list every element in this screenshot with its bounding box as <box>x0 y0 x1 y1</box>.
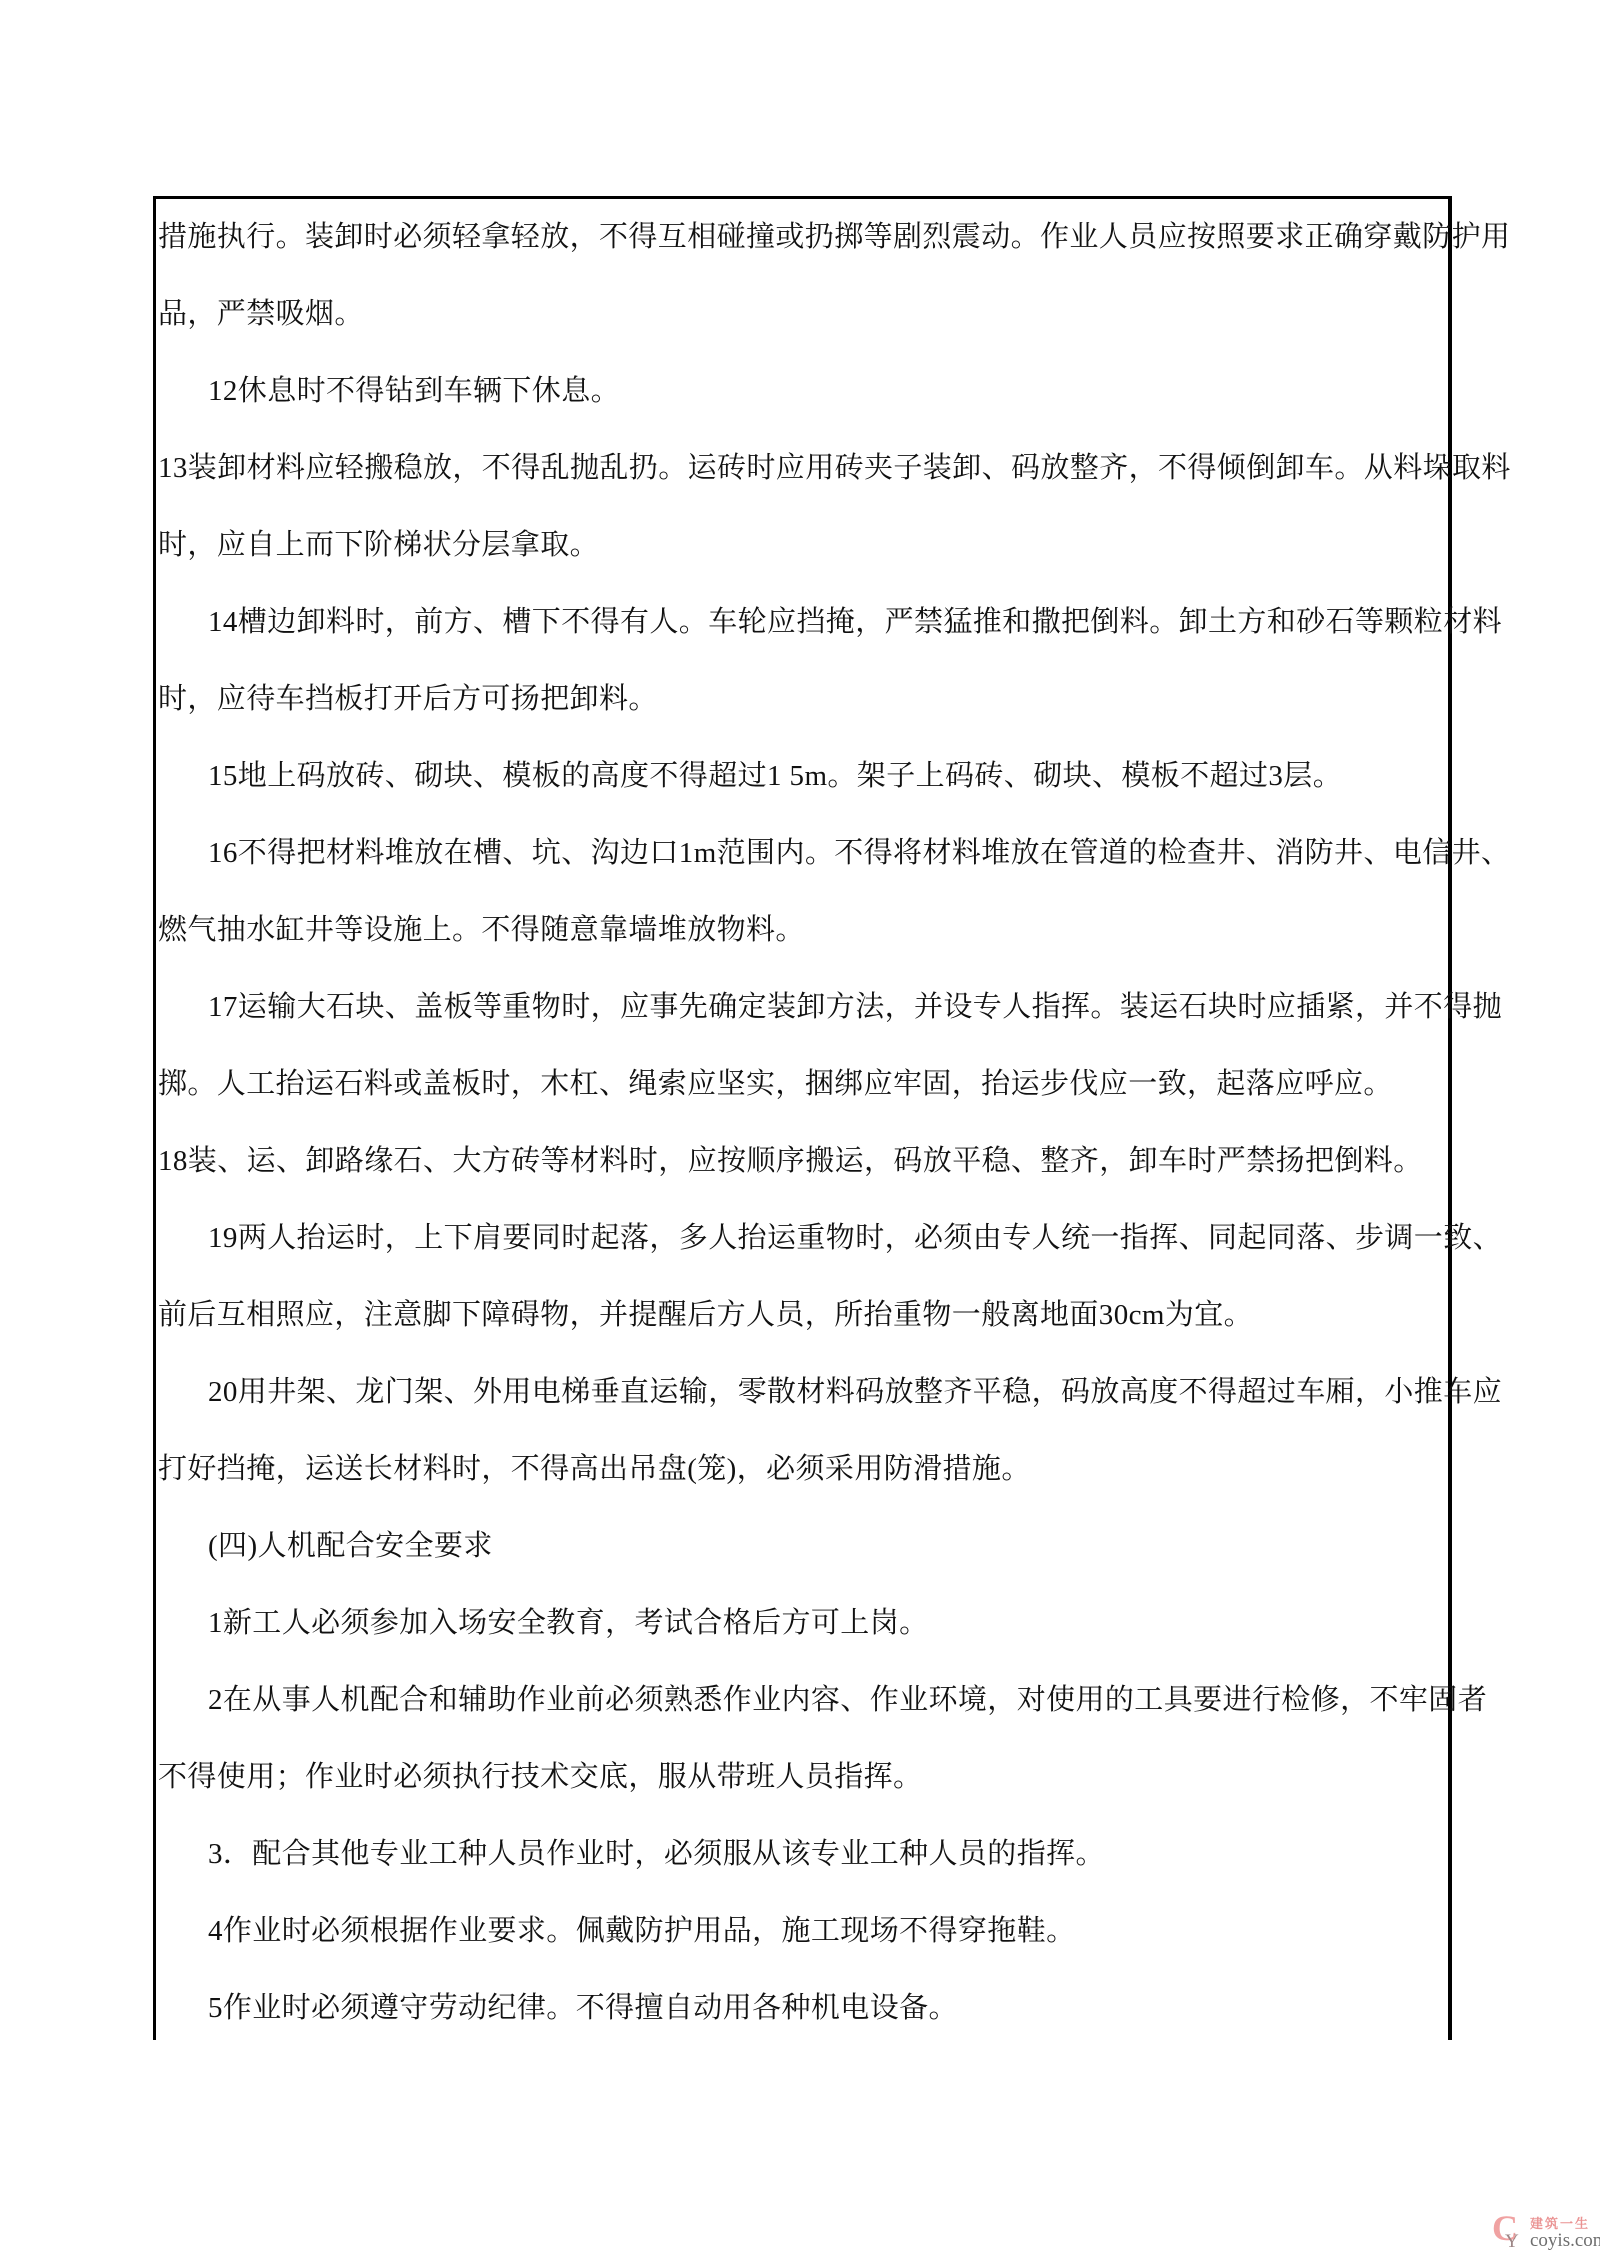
watermark-brand-cn: 建筑一生 <box>1530 2217 1600 2231</box>
text-line: 4作业时必须根据作业要求。佩戴防护用品，施工现场不得穿拖鞋。 <box>156 1893 1448 1970</box>
text-line: 掷。人工抬运石料或盖板时，木杠、绳索应坚实，捆绑应牢固，抬运步伐应一致，起落应呼… <box>156 1046 1448 1123</box>
text-line: 13装卸材料应轻搬稳放，不得乱抛乱扔。运砖时应用砖夹子装卸、码放整齐，不得倾倒卸… <box>156 430 1448 507</box>
text-line: 前后互相照应，注意脚下障碍物，并提醒后方人员，所抬重物一般离地面30cm为宜。 <box>156 1277 1448 1354</box>
document-page: 措施执行。装卸时必须轻拿轻放，不得互相碰撞或扔掷等剧烈震动。作业人员应按照要求正… <box>0 0 1600 2262</box>
text-line: 17运输大石块、盖板等重物时，应事先确定装卸方法，并设专人指挥。装运石块时应插紧… <box>156 969 1448 1046</box>
text-line: 5作业时必须遵守劳动纪律。不得擅自动用各种机电设备。 <box>156 1970 1448 2047</box>
text-line: 19两人抬运时，上下肩要同时起落，多人抬运重物时，必须由专人统一指挥、同起同落、… <box>156 1200 1448 1277</box>
coyis-logo-icon: C Y <box>1492 2216 1526 2256</box>
text-line: (四)人机配合安全要求 <box>156 1508 1448 1585</box>
document-table-cell: 措施执行。装卸时必须轻拿轻放，不得互相碰撞或扔掷等剧烈震动。作业人员应按照要求正… <box>153 196 1452 2040</box>
text-line: 时，应自上而下阶梯状分层拿取。 <box>156 507 1448 584</box>
text-line: 14槽边卸料时，前方、槽下不得有人。车轮应挡掩，严禁猛推和撒把倒料。卸土方和砂石… <box>156 584 1448 661</box>
watermark: C Y 建筑一生 coyis.com <box>1492 2216 1600 2258</box>
text-line: 2在从事人机配合和辅助作业前必须熟悉作业内容、作业环境，对使用的工具要进行检修，… <box>156 1662 1448 1739</box>
text-line: 打好挡掩，运送长材料时，不得高出吊盘(笼)，必须采用防滑措施。 <box>156 1431 1448 1508</box>
document-text-block: 措施执行。装卸时必须轻拿轻放，不得互相碰撞或扔掷等剧烈震动。作业人员应按照要求正… <box>156 199 1448 2047</box>
text-line: 1新工人必须参加入场安全教育，考试合格后方可上岗。 <box>156 1585 1448 1662</box>
text-line: 时，应待车挡板打开后方可扬把卸料。 <box>156 661 1448 738</box>
text-line: 3．配合其他专业工种人员作业时，必须服从该专业工种人员的指挥。 <box>156 1816 1448 1893</box>
watermark-text: 建筑一生 coyis.com <box>1530 2217 1600 2251</box>
text-line: 20用井架、龙门架、外用电梯垂直运输，零散材料码放整齐平稳，码放高度不得超过车厢… <box>156 1354 1448 1431</box>
text-line: 不得使用；作业时必须执行技术交底，服从带班人员指挥。 <box>156 1739 1448 1816</box>
text-line: 18装、运、卸路缘石、大方砖等材料时，应按顺序搬运，码放平稳、整齐，卸车时严禁扬… <box>156 1123 1448 1200</box>
watermark-domain: coyis.com <box>1530 2231 1600 2251</box>
text-line: 燃气抽水缸井等设施上。不得随意靠墙堆放物料。 <box>156 892 1448 969</box>
text-line: 品，严禁吸烟。 <box>156 276 1448 353</box>
text-line: 12休息时不得钻到车辆下休息。 <box>156 353 1448 430</box>
text-line: 措施执行。装卸时必须轻拿轻放，不得互相碰撞或扔掷等剧烈震动。作业人员应按照要求正… <box>156 199 1448 276</box>
logo-letter-y: Y <box>1505 2232 1519 2251</box>
text-line: 15地上码放砖、砌块、模板的高度不得超过1 5m。架子上码砖、砌块、模板不超过3… <box>156 738 1448 815</box>
text-line: 16不得把材料堆放在槽、坑、沟边口1m范围内。不得将材料堆放在管道的检查井、消防… <box>156 815 1448 892</box>
